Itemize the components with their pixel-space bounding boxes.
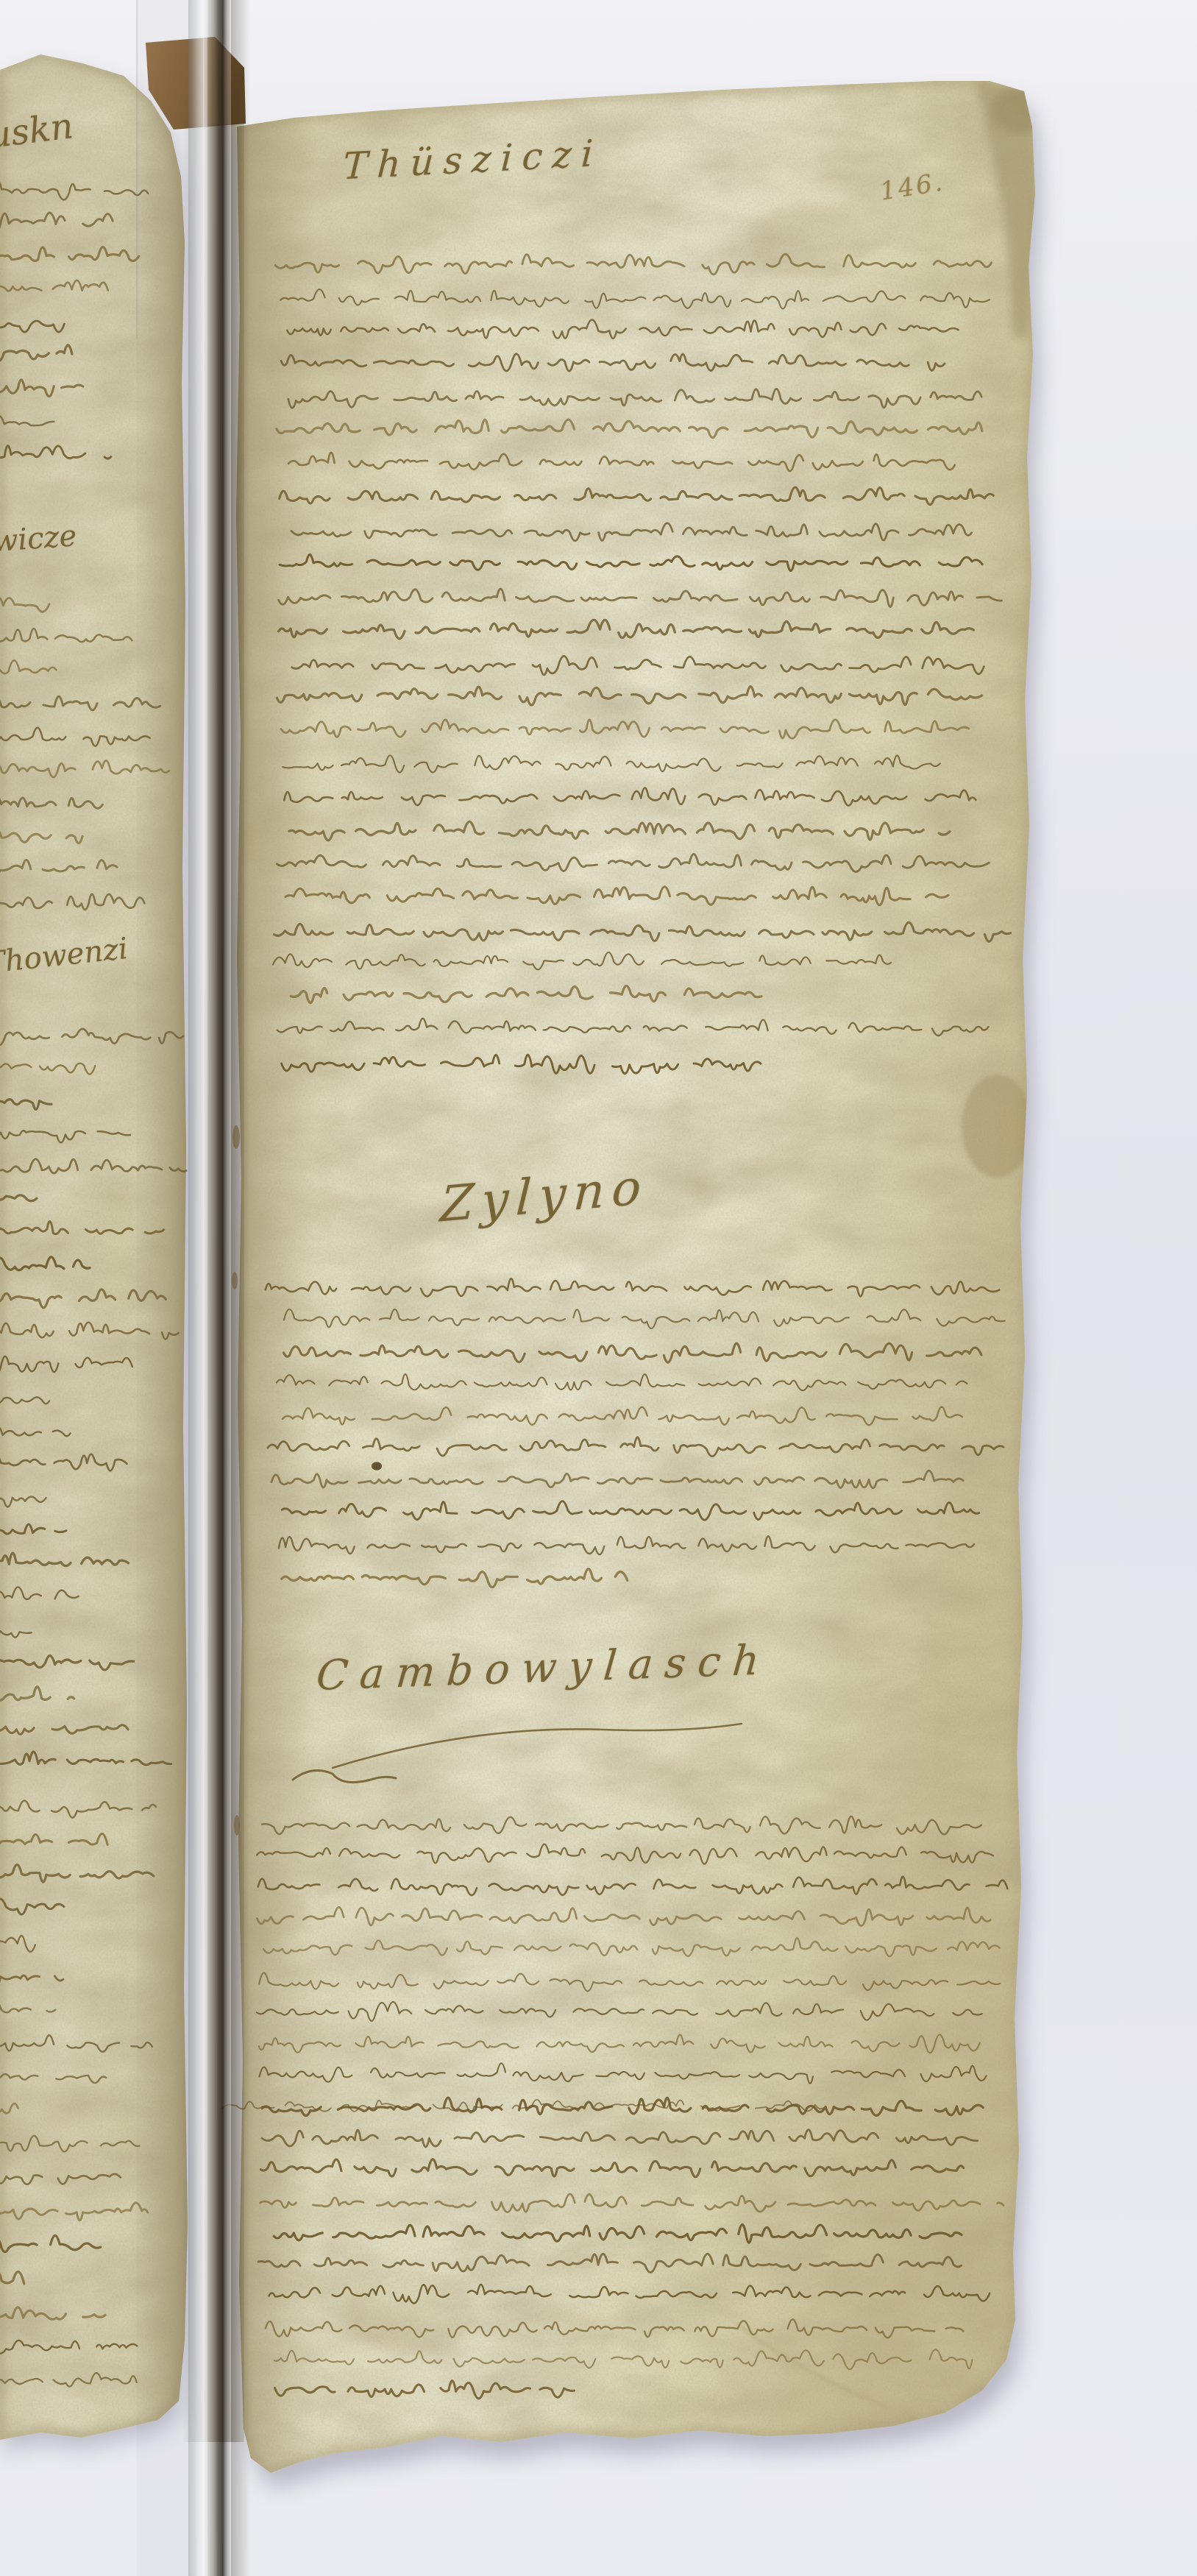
manuscript-photo: Thüsziczi 146. Zylyno Cambowylasch uskn …: [0, 0, 1197, 2576]
right-page: [224, 74, 1048, 2488]
glass-press-rod: [136, 0, 250, 2576]
book-illustration: [0, 0, 1197, 2576]
